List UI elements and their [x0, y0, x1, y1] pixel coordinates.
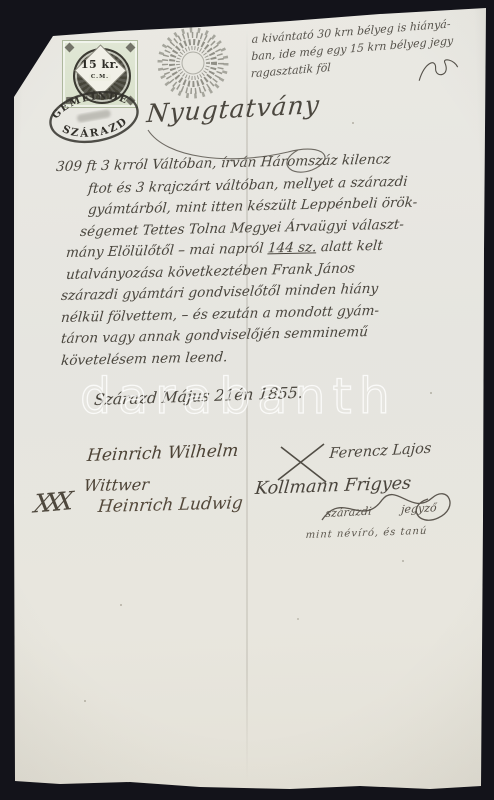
stamp-currency-code: C.M.	[89, 74, 111, 81]
photo-background: 15 kr. C.M. GEMEINDE SZÁRAZD	[0, 0, 494, 800]
signature-left-2: Wittwer	[83, 475, 150, 495]
paper-speck	[120, 604, 122, 606]
note-initials-flourish	[414, 53, 462, 89]
stamp-denomination: 15 kr.	[63, 59, 137, 70]
seal-center-smudge	[76, 109, 111, 123]
paper-speck	[297, 618, 299, 620]
document-paper: 15 kr. C.M. GEMEINDE SZÁRAZD	[0, 0, 494, 800]
paper-speck	[402, 560, 404, 562]
embossed-seal-icon	[152, 26, 234, 102]
paper-speck	[430, 392, 432, 394]
paper-speck	[352, 122, 354, 124]
underlined-number: 144 sz.	[267, 239, 317, 256]
body-line-segment: mány Elölülőtől – mai napról	[65, 240, 268, 261]
body-line-segment: alatt kelt	[316, 238, 384, 256]
illiterate-cross-marks: XXX	[33, 486, 68, 518]
stamp-corner-ornament-icon	[126, 43, 136, 53]
signature-left-3: Heinrich Ludwig	[97, 493, 244, 517]
paper-speck	[84, 700, 86, 702]
stamp-corner-ornament-icon	[65, 43, 75, 53]
body-paragraph: 309 ft 3 krról Váltóban, írván Háromszáz…	[56, 157, 486, 372]
